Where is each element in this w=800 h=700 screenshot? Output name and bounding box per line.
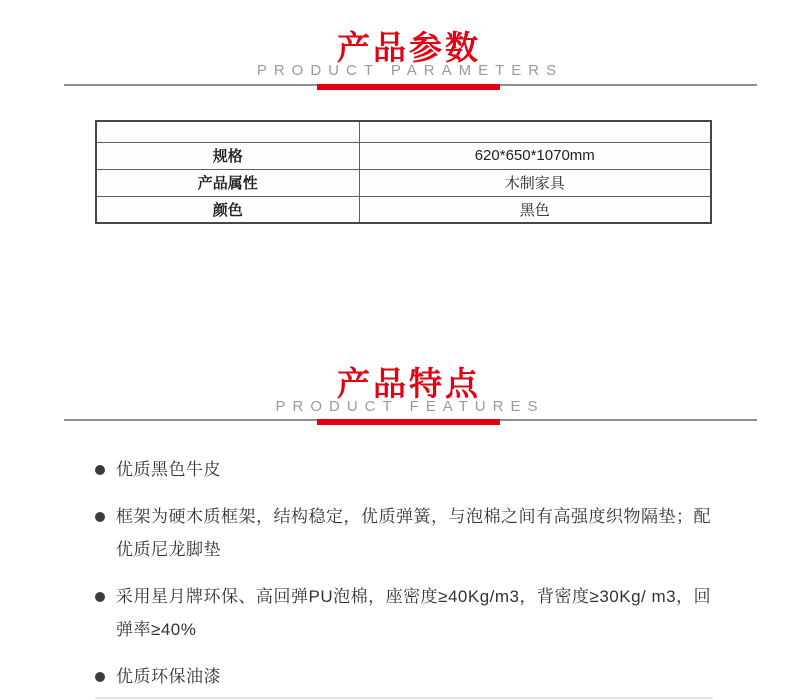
table-row: 产品属性 木制家具 (96, 169, 711, 196)
parameters-divider-accent (317, 84, 500, 90)
feature-item: 优质黑色牛皮 (95, 453, 723, 486)
feature-text: 优质黑色牛皮 (116, 460, 221, 479)
feature-text: 框架为硬木质框架，结构稳定，优质弹簧，与泡棉之间有高强度织物隔垫；配优质尼龙脚垫 (116, 507, 711, 559)
features-section-subtitle: PRODUCT FEATURES (0, 398, 800, 415)
feature-item: 采用星月牌环保、高回弹PU泡棉，座密度≥40Kg/m3，背密度≥30Kg/ m3… (95, 580, 723, 646)
feature-text: 采用星月牌环保、高回弹PU泡棉，座密度≥40Kg/m3，背密度≥30Kg/ m3… (116, 587, 711, 639)
row-label (96, 121, 359, 142)
row-value: 黑色 (359, 196, 711, 223)
bullet-icon (95, 465, 105, 475)
product-detail-page: 产品参数 PRODUCT PARAMETERS 规格 620*650*1070m… (0, 0, 800, 700)
table-row: 颜色 黑色 (96, 196, 711, 223)
row-value: 620*650*1070mm (359, 142, 711, 169)
table-row: 规格 620*650*1070mm (96, 142, 711, 169)
next-block-top-edge (95, 697, 713, 699)
features-list: 优质黑色牛皮 框架为硬木质框架，结构稳定，优质弹簧，与泡棉之间有高强度织物隔垫；… (95, 453, 723, 693)
table-row (96, 121, 711, 142)
feature-item: 框架为硬木质框架，结构稳定，优质弹簧，与泡棉之间有高强度织物隔垫；配优质尼龙脚垫 (95, 500, 723, 566)
parameters-section-subtitle: PRODUCT PARAMETERS (0, 62, 800, 79)
parameters-table: 规格 620*650*1070mm 产品属性 木制家具 颜色 黑色 (95, 120, 712, 224)
row-label: 产品属性 (96, 169, 359, 196)
bullet-icon (95, 512, 105, 522)
features-divider-accent (317, 419, 500, 425)
bullet-icon (95, 672, 105, 682)
row-value: 木制家具 (359, 169, 711, 196)
feature-text: 优质环保油漆 (116, 667, 221, 686)
row-label: 颜色 (96, 196, 359, 223)
row-value (359, 121, 711, 142)
feature-item: 优质环保油漆 (95, 660, 723, 693)
row-label: 规格 (96, 142, 359, 169)
bullet-icon (95, 592, 105, 602)
